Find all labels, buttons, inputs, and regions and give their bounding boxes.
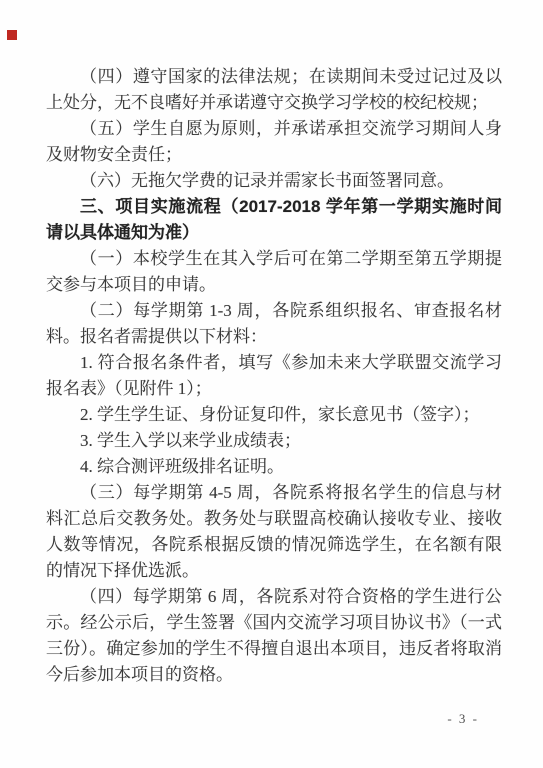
red-stamp-mark — [7, 30, 17, 40]
material-item-3: 3. 学生入学以来学业成绩表； — [46, 428, 502, 454]
clause-4: （四）遵守国家的法律法规；在读期间未受过记过及以上处分，无不良嗜好并承诺遵守交换… — [46, 64, 502, 116]
step-2: （二）每学期第 1-3 周，各院系组织报名、审查报名材料。报名者需提供以下材料： — [46, 298, 502, 350]
step-1: （一）本校学生在其入学后可在第二学期至第五学期提交参与本项目的申请。 — [46, 246, 502, 298]
material-item-1: 1. 符合报名条件者，填写《参加未来大学联盟交流学习报名表》（见附件 1）； — [46, 350, 502, 402]
step-4: （四）每学期第 6 周，各院系对符合资格的学生进行公示。经公示后，学生签署《国内… — [46, 584, 502, 688]
clause-5: （五）学生自愿为原则，并承诺承担交流学习期间人身及财物安全责任； — [46, 116, 502, 168]
document-page: （四）遵守国家的法律法规；在读期间未受过记过及以上处分，无不良嗜好并承诺遵守交换… — [0, 0, 543, 768]
section-heading: 三、项目实施流程（2017-2018 学年第一学期实施时间请以具体通知为准） — [46, 194, 502, 246]
material-item-2: 2. 学生学生证、身份证复印件，家长意见书（签字）； — [46, 402, 502, 428]
document-body: （四）遵守国家的法律法规；在读期间未受过记过及以上处分，无不良嗜好并承诺遵守交换… — [46, 64, 502, 688]
clause-6: （六）无拖欠学费的记录并需家长书面签署同意。 — [46, 168, 502, 194]
step-3: （三）每学期第 4-5 周，各院系将报名学生的信息与材料汇总后交教务处。教务处与… — [46, 480, 502, 584]
material-item-4: 4. 综合测评班级排名证明。 — [46, 454, 502, 480]
page-number: - 3 - — [447, 711, 479, 727]
